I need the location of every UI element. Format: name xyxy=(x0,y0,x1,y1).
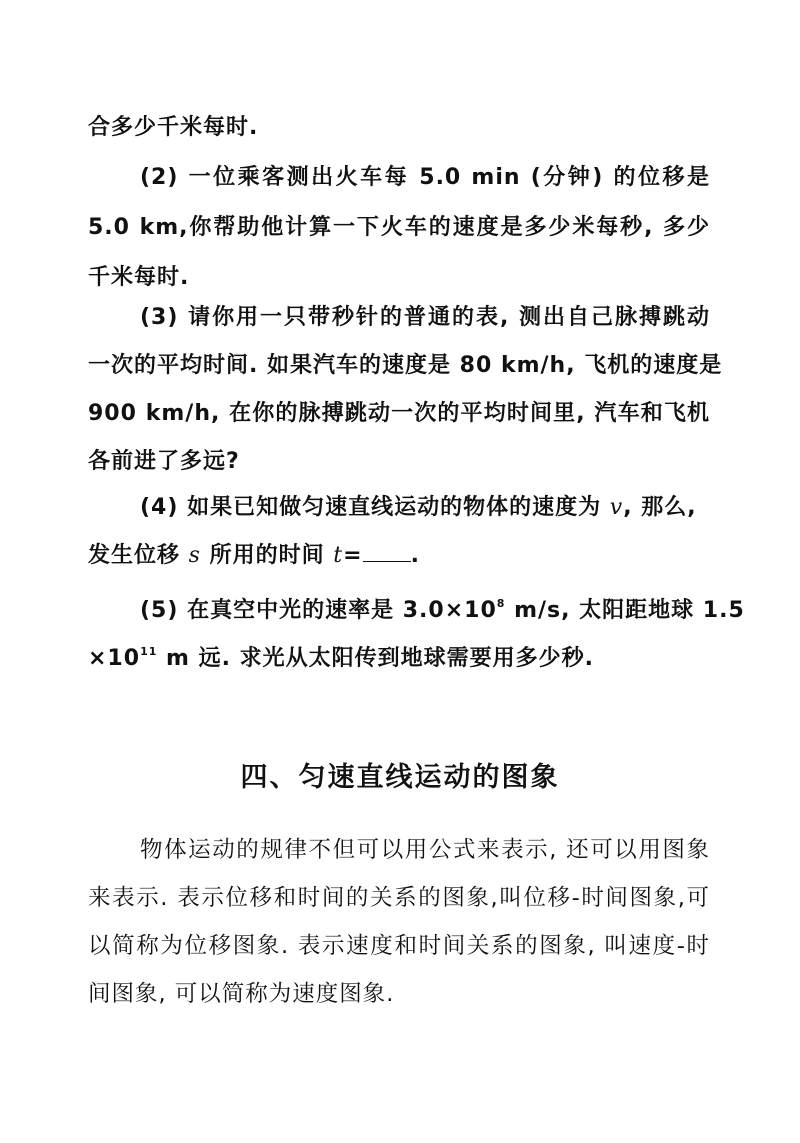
q5-line-1: (5) 在真空中光的速率是 3.0×108 m/s, 太阳距地球 1.5 xyxy=(140,589,710,626)
q2-line-1: (2) 一位乘客测出火车每 5.0 min (分钟) 的位移是 xyxy=(140,163,710,193)
q3-line-1: (3) 请你用一只带秒针的普通的表, 测出自己脉搏跳动 xyxy=(140,303,710,333)
answer-blank xyxy=(363,543,411,562)
period: . xyxy=(411,543,420,568)
section-title: 四、匀速直线运动的图象 xyxy=(0,755,800,794)
q4-line-1: (4) 如果已知做匀速直线运动的物体的速度为 v, 那么, xyxy=(140,493,710,523)
q2-line-2: 5.0 km,你帮助他计算一下火车的速度是多少米每秒, 多少 xyxy=(88,213,710,243)
q4-text: (4) 如果已知做匀速直线运动的物体的速度为 xyxy=(140,495,610,520)
velocity-variable: v xyxy=(610,495,623,520)
q5-text-end: m/s, 太阳距地球 1.5 xyxy=(505,598,744,623)
equals-sign: = xyxy=(343,543,362,568)
q2-line-3: 千米每时. xyxy=(88,263,710,293)
q1-tail-line: 合多少千米每时. xyxy=(88,113,710,143)
textbook-page: 合多少千米每时. (2) 一位乘客测出火车每 5.0 min (分钟) 的位移是… xyxy=(0,0,800,1143)
p1-line-3: 以简称为位移图象. 表示速度和时间关系的图象, 叫速度-时 xyxy=(88,931,710,961)
q3-line-3: 900 km/h, 在你的脉搏跳动一次的平均时间里, 汽车和飞机 xyxy=(88,399,710,429)
p1-line-4: 间图象, 可以简称为速度图象. xyxy=(88,979,710,1009)
q4-line-2: 发生位移 s 所用的时间 t=. xyxy=(88,541,710,571)
p1-line-1: 物体运动的规律不但可以用公式来表示, 还可以用图象 xyxy=(140,835,710,865)
q5-text: ×10 xyxy=(88,646,140,671)
q3-line-4: 各前进了多远? xyxy=(88,447,710,477)
q4-text: 发生位移 xyxy=(88,543,189,568)
exponent: 11 xyxy=(140,645,157,658)
q5-text: (5) 在真空中光的速率是 3.0×10 xyxy=(140,598,497,623)
q3-line-2: 一次的平均时间. 如果汽车的速度是 80 km/h, 飞机的速度是 xyxy=(88,351,710,381)
q4-text-end: , 那么, xyxy=(623,495,696,520)
q5-text-end: m 远. 求光从太阳传到地球需要用多少秒. xyxy=(157,646,594,671)
p1-line-2: 来表示. 表示位移和时间的关系的图象,叫位移-时间图象,可 xyxy=(88,883,710,913)
q5-line-2: ×1011 m 远. 求光从太阳传到地球需要用多少秒. xyxy=(88,637,710,674)
time-variable: t xyxy=(333,543,343,568)
displacement-variable: s xyxy=(189,543,201,568)
q4-text-mid: 所用的时间 xyxy=(201,543,333,568)
